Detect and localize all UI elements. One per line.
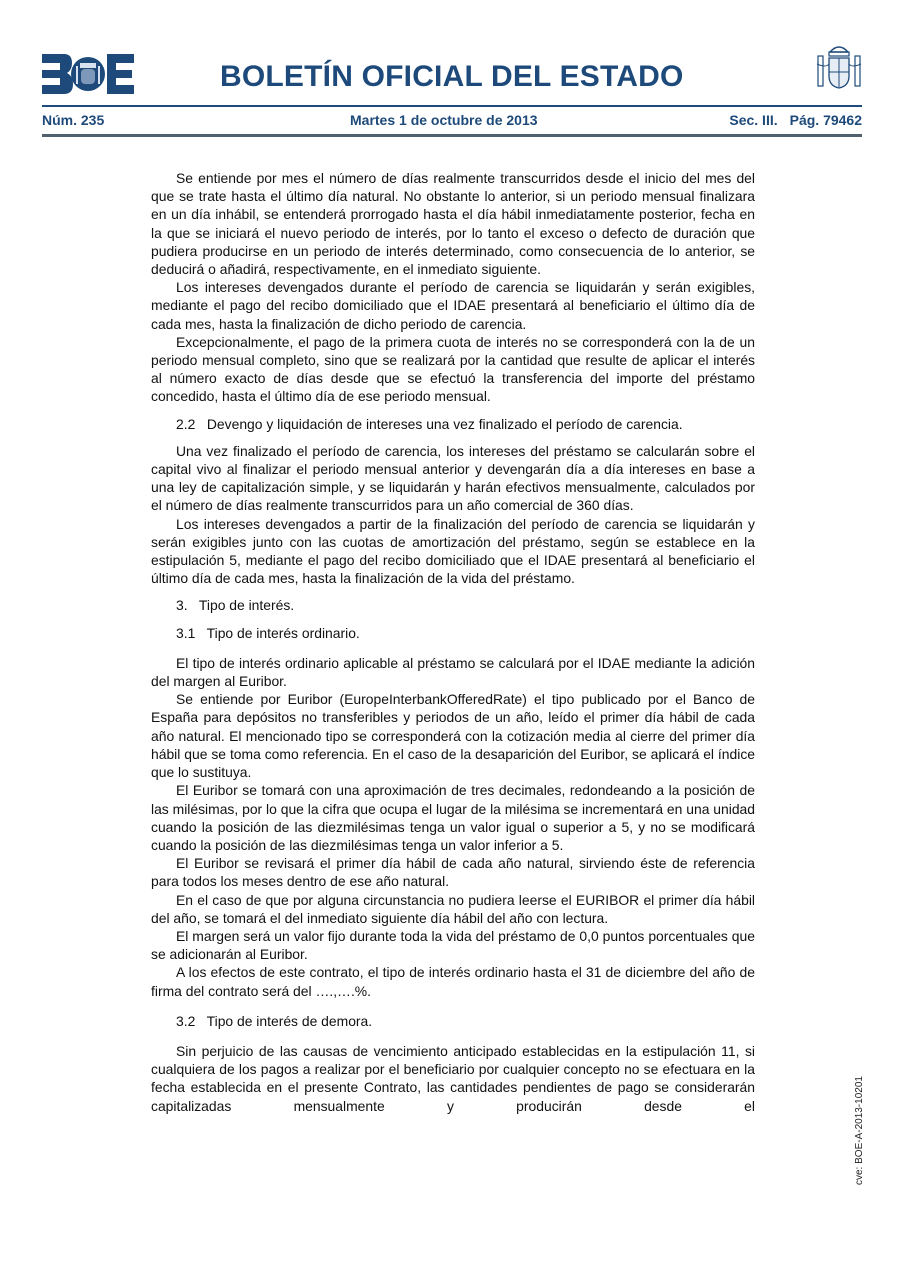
page-header: BOLETÍN OFICIAL DEL ESTADO Núm. 235 Mart… — [42, 50, 862, 140]
paragraph: Los intereses devengados durante el perí… — [151, 278, 755, 333]
paragraph: Sin perjuicio de las causas de vencimien… — [151, 1042, 755, 1115]
paragraph: Los intereses devengados a partir de la … — [151, 515, 755, 588]
header-divider-bottom — [42, 134, 862, 137]
section-heading: 3. Tipo de interés. — [151, 596, 755, 614]
section-page: Sec. III.Pág. 79462 — [729, 112, 862, 128]
page-title: BOLETÍN OFICIAL DEL ESTADO — [220, 60, 684, 94]
paragraph: Se entiende por Euribor (EuropeInterbank… — [151, 690, 755, 781]
paragraph: Excepcionalmente, el pago de la primera … — [151, 333, 755, 406]
paragraph: El margen será un valor fijo durante tod… — [151, 927, 755, 963]
paragraph: El tipo de interés ordinario aplicable a… — [151, 654, 755, 690]
coat-of-arms-icon — [816, 42, 862, 92]
paragraph: Se entiende por mes el número de días re… — [151, 169, 755, 278]
paragraph: Una vez finalizado el período de carenci… — [151, 442, 755, 515]
boe-logo-icon — [42, 54, 134, 94]
paragraph: A los efectos de este contrato, el tipo … — [151, 963, 755, 999]
issue-number: Núm. 235 — [42, 112, 104, 128]
paragraph: En el caso de que por alguna circunstanc… — [151, 891, 755, 927]
issue-date: Martes 1 de octubre de 2013 — [350, 112, 538, 128]
document-body: Se entiende por mes el número de días re… — [151, 169, 755, 1115]
page-number: Pág. 79462 — [790, 112, 862, 128]
section-label: Sec. III. — [729, 112, 777, 128]
section-heading: 2.2 Devengo y liquidación de intereses u… — [151, 415, 755, 433]
header-divider — [42, 105, 862, 107]
cve-identifier: cve: BOE-A-2013-10201 — [854, 1076, 865, 1185]
paragraph: El Euribor se tomará con una aproximació… — [151, 781, 755, 854]
paragraph: El Euribor se revisará el primer día háb… — [151, 854, 755, 890]
section-heading: 3.1 Tipo de interés ordinario. — [151, 624, 755, 642]
section-heading: 3.2 Tipo de interés de demora. — [151, 1012, 755, 1030]
